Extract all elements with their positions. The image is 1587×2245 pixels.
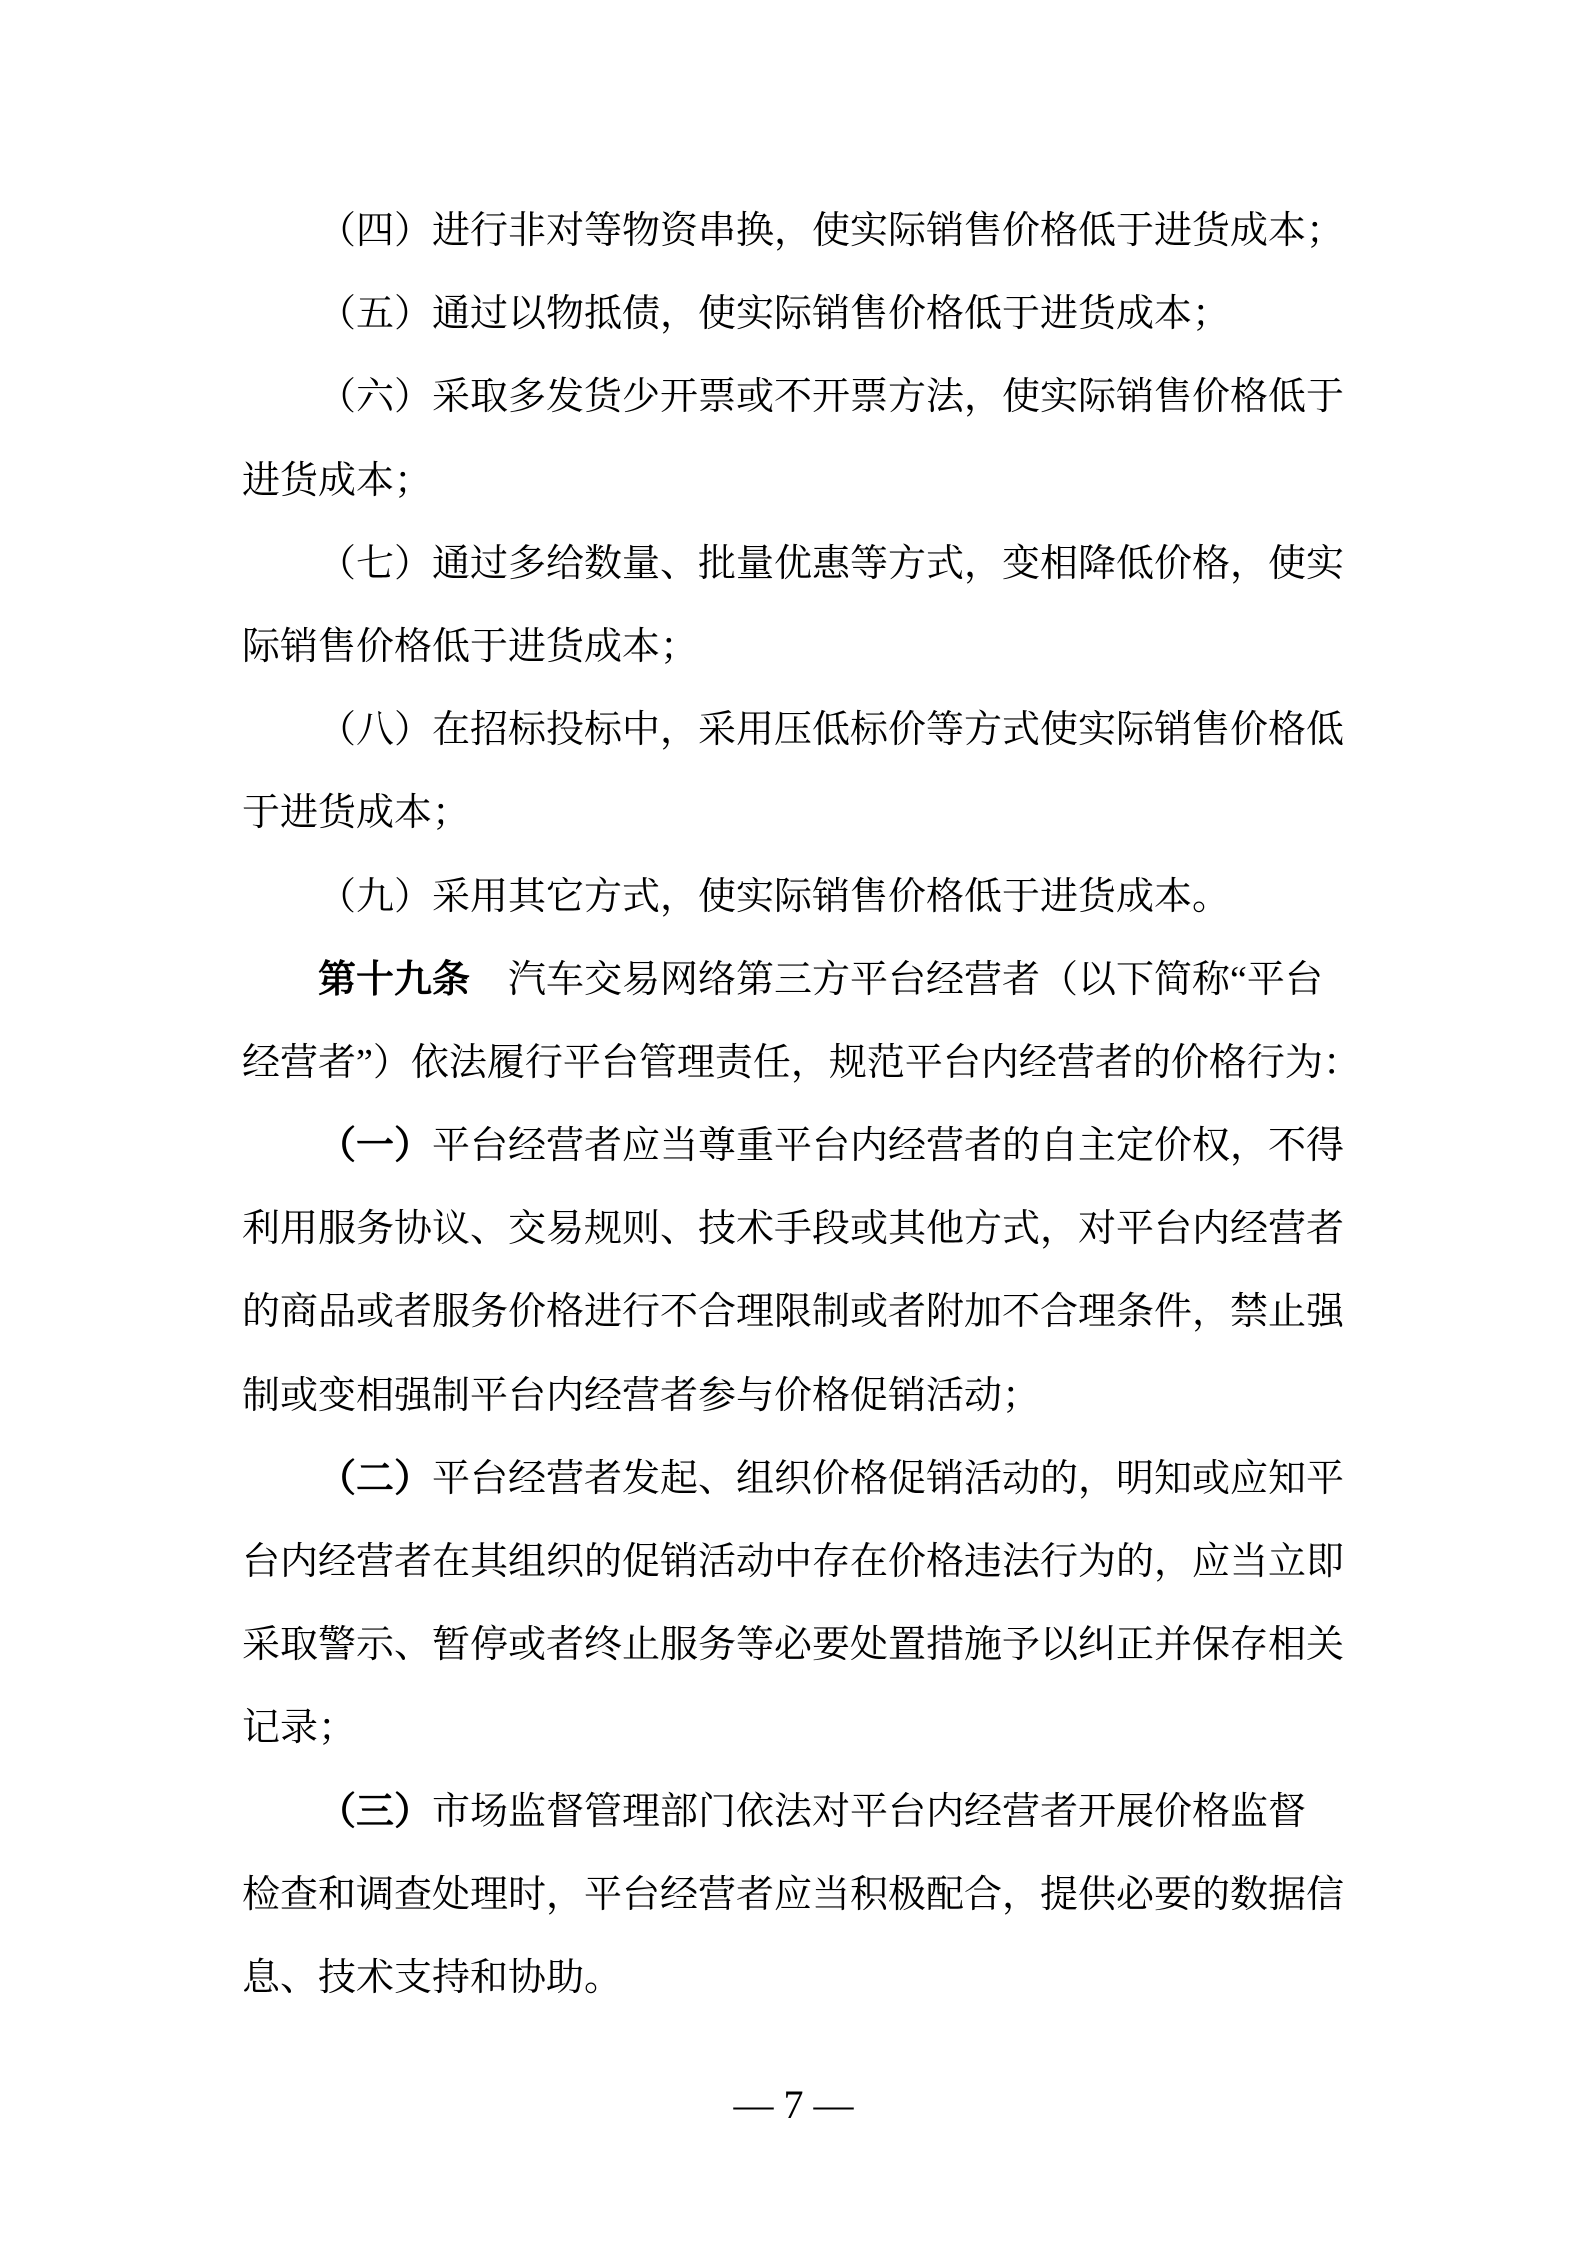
text-run: （九）采用其它方式，使实际销售价格低于进货成本。 [318, 876, 1230, 918]
text-line: 记录； [242, 1687, 1382, 1770]
text-run: 市场监督管理部门依法对平台内经营者开展价格监督 [432, 1791, 1306, 1833]
text-run: 平台经营者发起、组织价格促销活动的，明知或应知平 [432, 1458, 1344, 1500]
text-line: （九）采用其它方式，使实际销售价格低于进货成本。 [242, 856, 1382, 939]
text-run: 经营者”）依法履行平台管理责任，规范平台内经营者的价格行为： [242, 1042, 1361, 1084]
text-line: （一）平台经营者应当尊重平台内经营者的自主定价权，不得 [242, 1105, 1382, 1188]
text-line: 制或变相强制平台内经营者参与价格促销活动； [242, 1355, 1382, 1438]
bold-text-run: （三） [318, 1791, 432, 1833]
text-line: 第十九条 汽车交易网络第三方平台经营者（以下简称“平台 [242, 939, 1382, 1022]
text-line: 进货成本； [242, 440, 1382, 523]
text-line: （五）通过以物抵债，使实际销售价格低于进货成本； [242, 273, 1382, 356]
text-line: 于进货成本； [242, 772, 1382, 855]
page-number: — 7 — [0, 2082, 1587, 2128]
text-run: 的商品或者服务价格进行不合理限制或者附加不合理条件，禁止强 [242, 1291, 1344, 1333]
text-run: 台内经营者在其组织的促销活动中存在价格违法行为的，应当立即 [242, 1541, 1344, 1583]
text-run: 采取警示、暂停或者终止服务等必要处置措施予以纠正并保存相关 [242, 1624, 1344, 1666]
text-line: （二）平台经营者发起、组织价格促销活动的，明知或应知平 [242, 1438, 1382, 1521]
text-run: 检查和调查处理时，平台经营者应当积极配合，提供必要的数据信 [242, 1874, 1344, 1916]
text-run: 平台经营者应当尊重平台内经营者的自主定价权，不得 [432, 1125, 1344, 1167]
page: （四）进行非对等物资串换，使实际销售价格低于进货成本；（五）通过以物抵债，使实际… [0, 0, 1587, 2245]
bold-text-run: （一） [318, 1125, 432, 1167]
text-run: （七）通过多给数量、批量优惠等方式，变相降低价格，使实 [318, 543, 1344, 585]
text-run: 利用服务协议、交易规则、技术手段或其他方式，对平台内经营者 [242, 1208, 1344, 1250]
text-line: （六）采取多发货少开票或不开票方法，使实际销售价格低于 [242, 356, 1382, 439]
document-body: （四）进行非对等物资串换，使实际销售价格低于进货成本；（五）通过以物抵债，使实际… [242, 190, 1382, 2020]
text-run: 际销售价格低于进货成本； [242, 626, 698, 668]
text-line: （八）在招标投标中，采用压低标价等方式使实际销售价格低 [242, 689, 1382, 772]
text-run: （五）通过以物抵债，使实际销售价格低于进货成本； [318, 293, 1230, 335]
text-line: 经营者”）依法履行平台管理责任，规范平台内经营者的价格行为： [242, 1022, 1382, 1105]
text-run: 于进货成本； [242, 792, 470, 834]
text-run: 进货成本； [242, 460, 432, 502]
text-run: 汽车交易网络第三方平台经营者（以下简称“平台 [470, 959, 1323, 1001]
text-line: （三）市场监督管理部门依法对平台内经营者开展价格监督 [242, 1771, 1382, 1854]
text-run: 记录； [242, 1707, 356, 1749]
text-line: 息、技术支持和协助。 [242, 1937, 1382, 2020]
text-line: 台内经营者在其组织的促销活动中存在价格违法行为的，应当立即 [242, 1521, 1382, 1604]
text-run: （八）在招标投标中，采用压低标价等方式使实际销售价格低 [318, 709, 1344, 751]
text-line: 际销售价格低于进货成本； [242, 606, 1382, 689]
text-line: 检查和调查处理时，平台经营者应当积极配合，提供必要的数据信 [242, 1854, 1382, 1937]
text-run: （四）进行非对等物资串换，使实际销售价格低于进货成本； [318, 210, 1344, 252]
text-run: 息、技术支持和协助。 [242, 1957, 622, 1999]
text-line: 采取警示、暂停或者终止服务等必要处置措施予以纠正并保存相关 [242, 1604, 1382, 1687]
text-line: 利用服务协议、交易规则、技术手段或其他方式，对平台内经营者 [242, 1188, 1382, 1271]
bold-text-run: （二） [318, 1458, 432, 1500]
text-run: （六）采取多发货少开票或不开票方法，使实际销售价格低于 [318, 376, 1344, 418]
text-line: （四）进行非对等物资串换，使实际销售价格低于进货成本； [242, 190, 1382, 273]
text-run: 制或变相强制平台内经营者参与价格促销活动； [242, 1375, 1040, 1417]
bold-text-run: 第十九条 [318, 959, 470, 1001]
text-line: （七）通过多给数量、批量优惠等方式，变相降低价格，使实 [242, 523, 1382, 606]
text-line: 的商品或者服务价格进行不合理限制或者附加不合理条件，禁止强 [242, 1271, 1382, 1354]
